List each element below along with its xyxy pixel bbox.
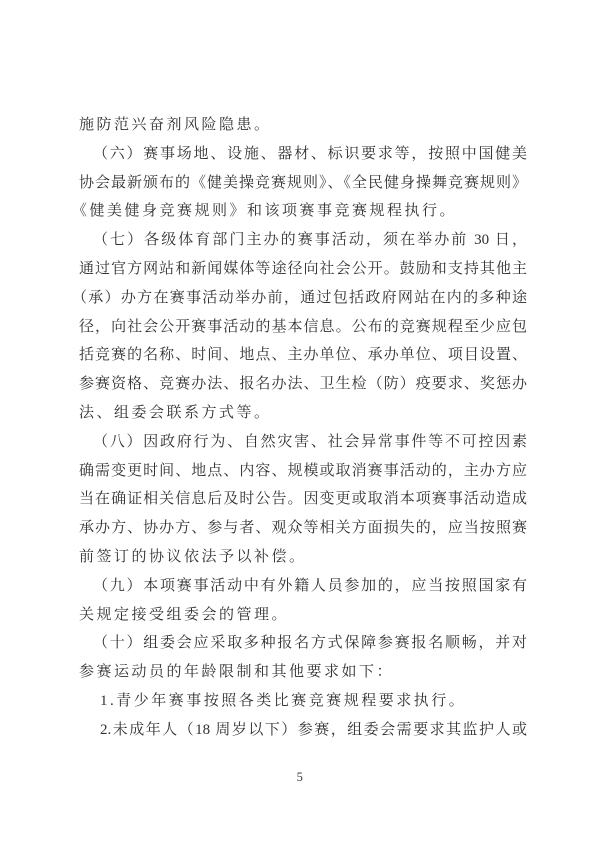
text-line: 法、组委会联系方式等。: [79, 399, 527, 428]
page-number: 5: [0, 770, 600, 785]
text-line: 1.青少年赛事按照各类比赛竞赛规程要求执行。: [79, 687, 527, 716]
text-line: （八）因政府行为、自然灾害、社会异常事件等不可控因素: [79, 428, 527, 457]
text-line: （七）各级体育部门主办的赛事活动，须在举办前 30 日，: [79, 226, 527, 255]
text-line: 径，向社会公开赛事活动的基本信息。公布的竞赛规程至少应包: [79, 313, 527, 342]
text-line: 施防范兴奋剂风险隐患。: [79, 111, 527, 140]
text-line: 括竞赛的名称、时间、地点、主办单位、承办单位、项目设置、: [79, 341, 527, 370]
text-line: （承）办方在赛事活动举办前，通过包括政府网站在内的多种途: [79, 284, 527, 313]
text-line: （六）赛事场地、设施、器材、标识要求等，按照中国健美: [79, 140, 527, 169]
text-line: 承办方、协办方、参与者、观众等相关方面损失的，应当按照赛: [79, 514, 527, 543]
document-page: 施防范兴奋剂风险隐患。 （六）赛事场地、设施、器材、标识要求等，按照中国健美 协…: [0, 0, 600, 848]
text-line: 关规定接受组委会的管理。: [79, 601, 527, 630]
text-line: 协会最新颁布的《健美操竞赛规则》、《全民健身操舞竞赛规则》: [79, 169, 527, 198]
text-line: （十）组委会应采取多种报名方式保障参赛报名顺畅，并对: [79, 629, 527, 658]
text-line: 通过官方网站和新闻媒体等途径向社会公开。鼓励和支持其他主: [79, 255, 527, 284]
text-line: 《健美健身竞赛规则》和该项赛事竞赛规程执行。: [79, 197, 527, 226]
text-line: 确需变更时间、地点、内容、规模或取消赛事活动的，主办方应: [79, 457, 527, 486]
document-body: 施防范兴奋剂风险隐患。 （六）赛事场地、设施、器材、标识要求等，按照中国健美 协…: [79, 111, 527, 745]
text-line: （九）本项赛事活动中有外籍人员参加的，应当按照国家有: [79, 572, 527, 601]
text-line: 前签订的协议依法予以补偿。: [79, 543, 527, 572]
text-line: 2.未成年人（18 周岁以下）参赛，组委会需要求其监护人或: [79, 716, 527, 745]
text-line: 参赛运动员的年龄限制和其他要求如下：: [79, 658, 527, 687]
text-line: 参赛资格、竞赛办法、报名办法、卫生检（防）疫要求、奖惩办: [79, 370, 527, 399]
text-line: 当在确证相关信息后及时公告。因变更或取消本项赛事活动造成: [79, 485, 527, 514]
